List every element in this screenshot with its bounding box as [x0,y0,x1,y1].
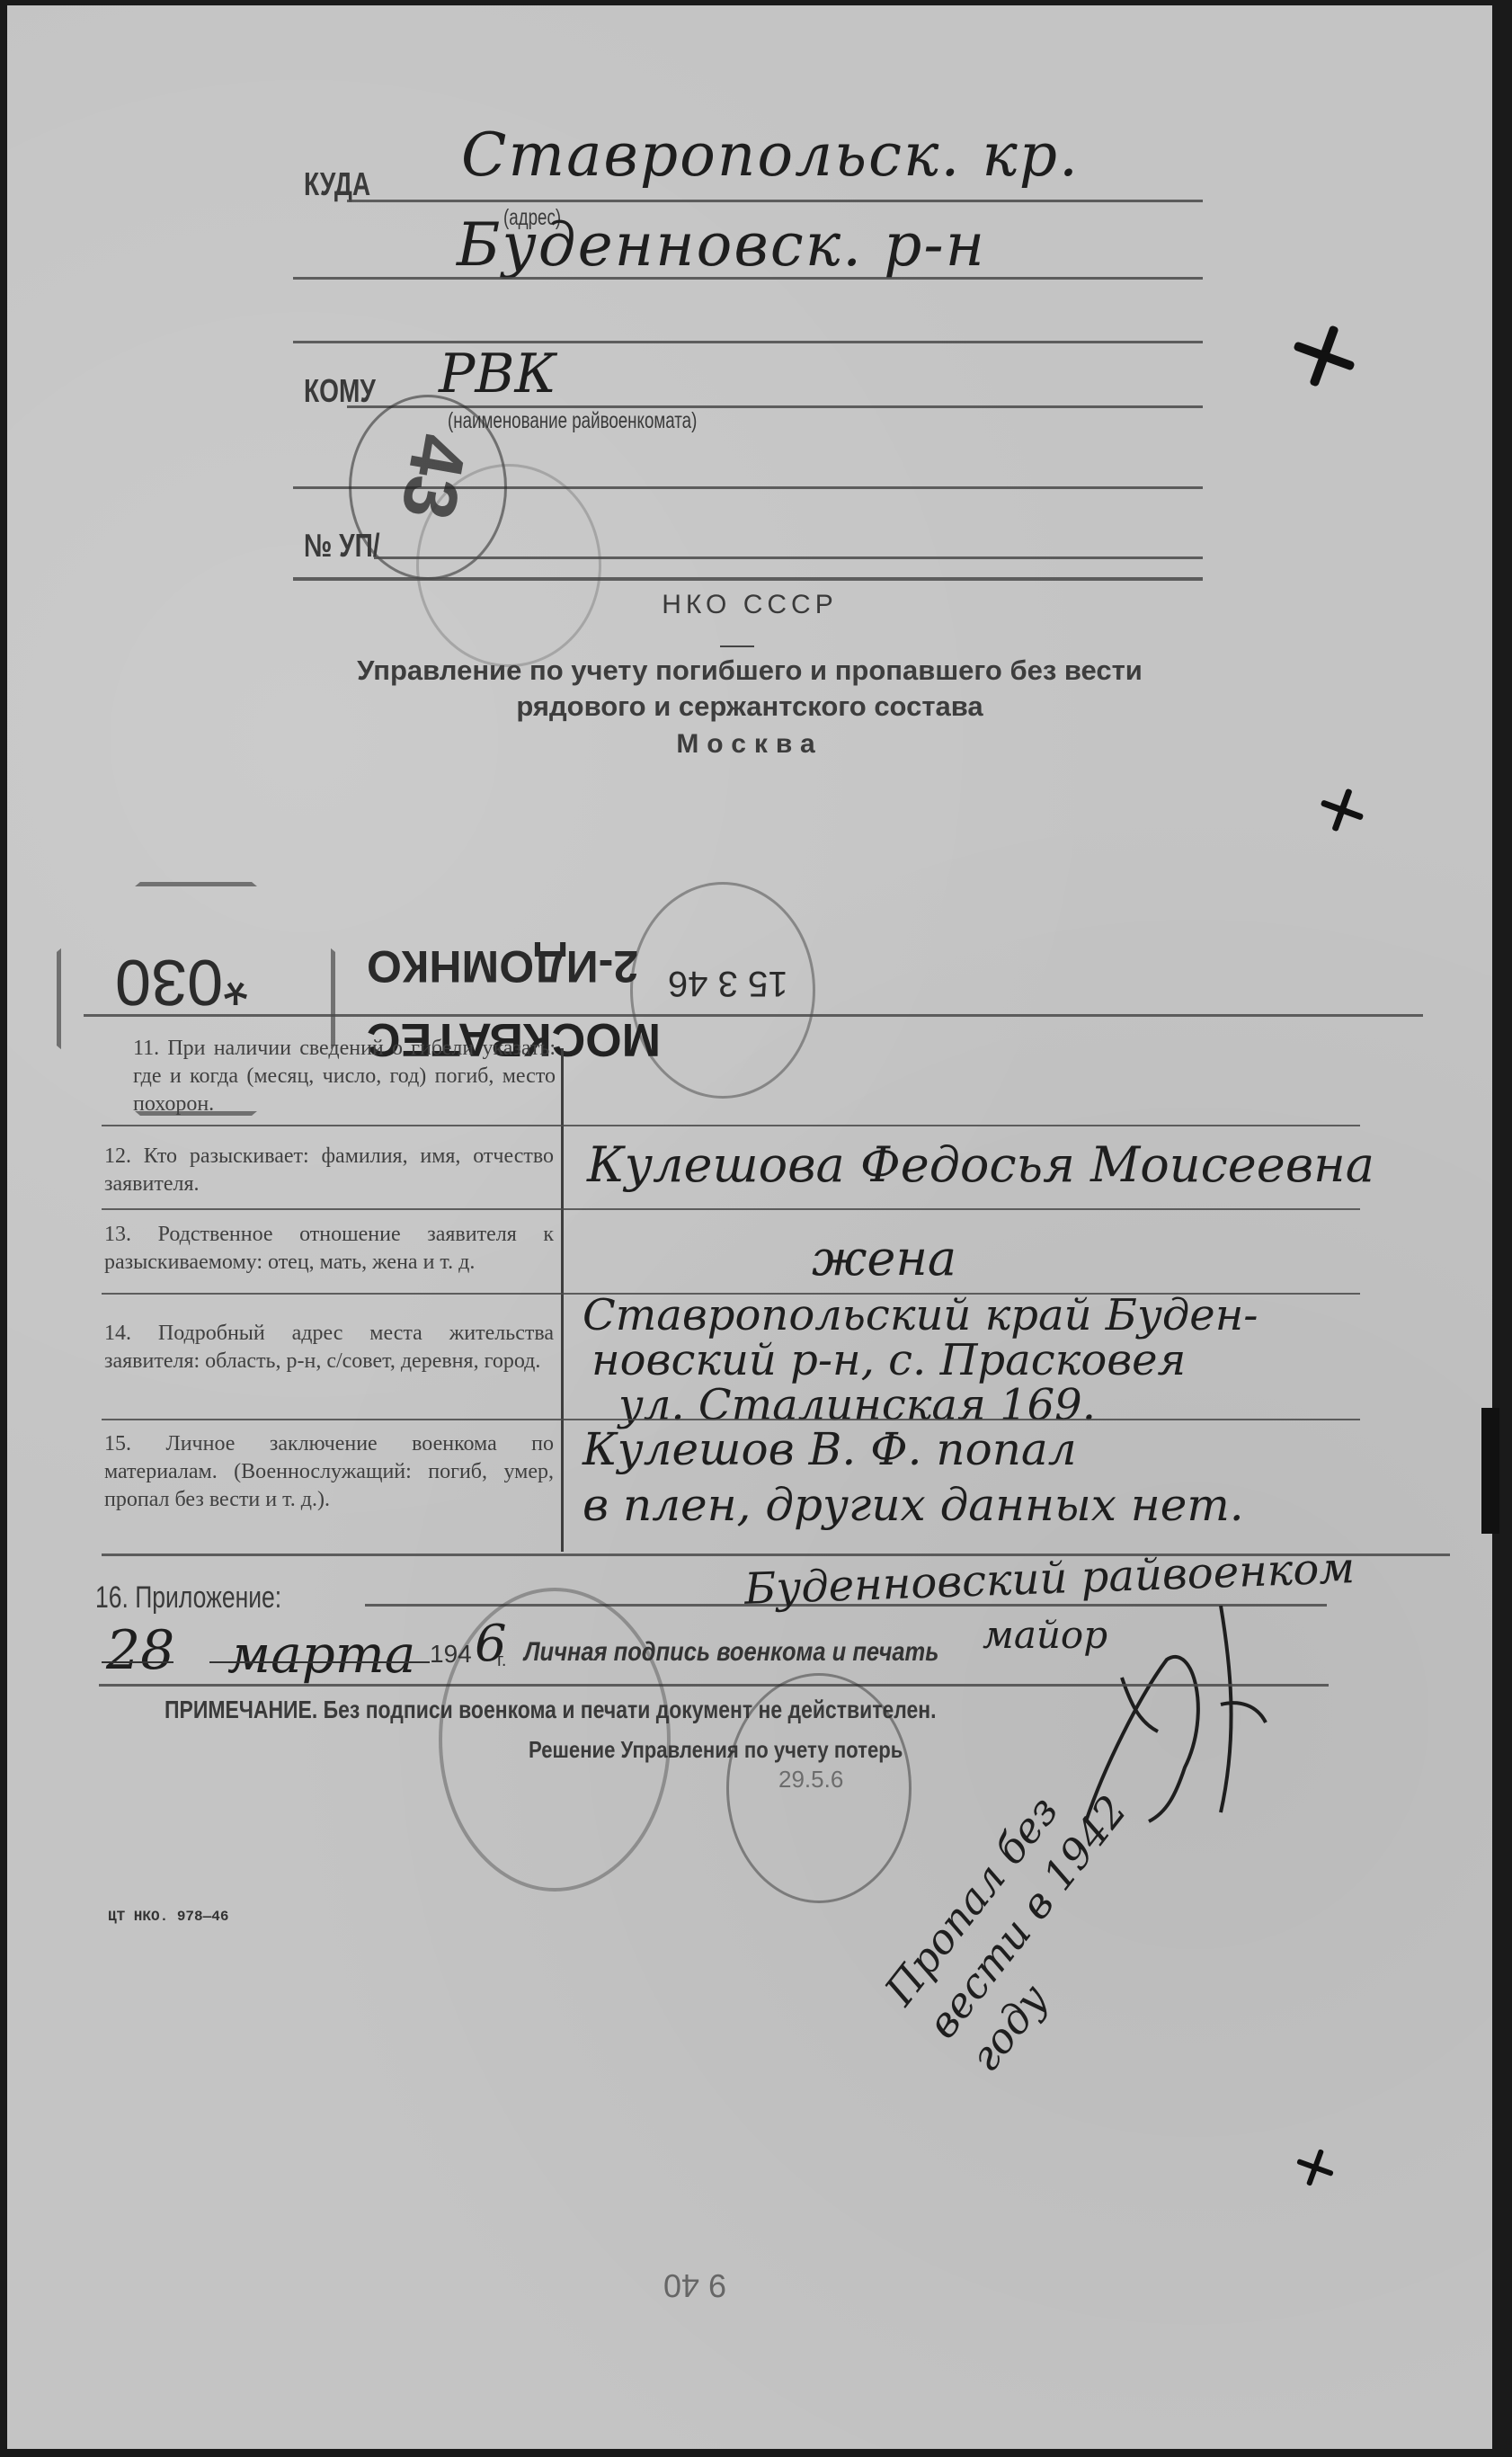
paper-hole [1296,2149,1334,2186]
row-12-text: Кто разыскивает: фамилия, имя, отчество … [104,1144,554,1196]
row-12-label: 12. Кто разыскивает: фамилия, имя, отчес… [104,1143,554,1198]
org-title: НКО СССР [7,590,1492,620]
kuda-label: КУДА [304,165,370,203]
komu-value: РВК [439,343,556,405]
date-day: 28 [106,1619,174,1682]
row-14-value: Ставропольский край Буден- новский р-н, … [583,1293,1259,1428]
postal-stamp-text1: 2-ИДОМНКО [367,940,638,993]
attachment-label: 16. Приложение: [95,1580,281,1616]
print-code: ЦТ НКО. 978—46 [108,1909,228,1925]
kuda-line [347,200,1203,202]
document-page: КУДА Ставропольск. кр. (адрес) Буденновс… [7,5,1492,2449]
department-city: Москва [7,729,1492,760]
row-13-text: Родственное отношение заявителя к разыск… [104,1223,554,1274]
table-top-line [84,1014,1423,1017]
octagon-stamp-number: *030 [115,945,248,1019]
decision-stamp: 29.5.6 [726,1673,912,1903]
kuda-value-line1: Ставропольск. кр. [461,120,1080,190]
up-line [374,556,1203,559]
row-12-num: 12. [104,1144,131,1168]
table-column-divider [561,1048,564,1552]
edge-tear [1481,1408,1499,1534]
row-15-value: Кулешов В. Ф. попал в плен, других данны… [583,1421,1244,1533]
department-line2: рядового и сержантского состава [7,690,1492,723]
faint-stamp [416,464,601,667]
row-13-value: жена [812,1230,956,1286]
row-15-value-line1: Кулешов В. Ф. попал [583,1421,1244,1477]
row-15-num: 15. [104,1432,131,1456]
address-line-3 [293,341,1203,343]
row-15-text: Личное заключение военкома по материалам… [104,1432,554,1511]
bottom-mark: 9 40 [663,2266,726,2304]
date-stamp-value: 15 3 46 [668,963,787,1003]
row-12-value: Кулешова Федосья Моисеевна [587,1136,1374,1193]
paper-hole [1321,788,1365,832]
address-line-2 [293,277,1203,280]
paper-hole [1293,325,1356,387]
header-divider [293,577,1203,581]
row-divider-11 [102,1125,1360,1126]
kuda-value-line2: Буденновск. р-н [457,210,986,280]
row-13-label: 13. Родственное отношение заявителя к ра… [104,1221,554,1277]
military-seal [439,1588,671,1892]
row-14-num: 14. [104,1322,131,1345]
row-14-value-line1: Ставропольский край Буден- [583,1293,1259,1338]
row-15-label: 15. Личное заключение военкома по матери… [104,1430,554,1514]
komu-label: КОМУ [304,372,376,410]
up-label: № УП/ [304,527,380,565]
row-13-num: 13. [104,1223,131,1246]
row-14-value-line2: новский р-н, с. Прасковея [583,1338,1259,1383]
title-dash [720,645,754,647]
row-11-label: 11. При наличии сведений о гибели указат… [133,1035,556,1118]
row-divider-12 [102,1208,1360,1210]
row-divider-14 [102,1419,1360,1420]
decision-stamp-date: 29.5.6 [778,1766,843,1794]
date-day-line [102,1661,173,1663]
row-14-text: Подробный адрес места жительства заявите… [104,1322,554,1373]
date-month: марта [227,1624,415,1685]
signature-divider [99,1684,1329,1687]
row-11-num: 11. [133,1037,159,1060]
date-month-line [209,1661,430,1663]
row-15-value-line2: в плен, других данных нет. [583,1477,1244,1533]
row-14-label: 14. Подробный адрес места жительства зая… [104,1320,554,1375]
department-line1: Управление по учету погибшего и пропавше… [7,654,1492,687]
row-11-text: При наличии сведений о гибели указать: г… [133,1037,556,1116]
